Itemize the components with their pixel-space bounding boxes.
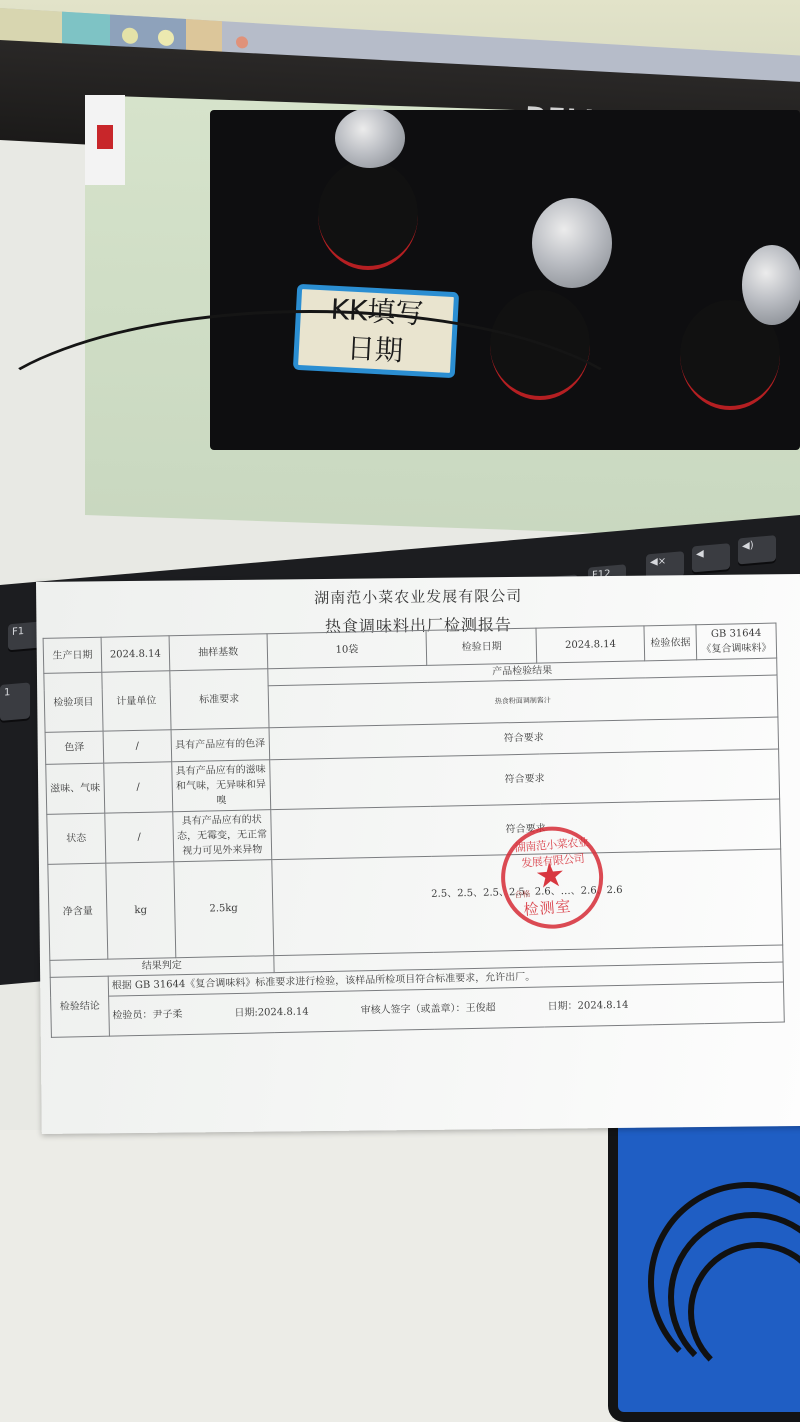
standard-cell: 具有产品应有的状态，无霉变，无正常视力可见外来异物 xyxy=(173,810,272,862)
inspector: 检验员：尹子柔 xyxy=(112,1007,182,1023)
key-1: 1 xyxy=(0,682,30,721)
seal-center-text: 检测室 xyxy=(523,895,573,920)
mousepad xyxy=(608,1112,800,1422)
stamp-handle xyxy=(532,198,612,288)
production-date: 2024.8.14 xyxy=(101,636,170,672)
company-name: 湖南范小菜农业发展有限公司 xyxy=(36,582,800,611)
unit-cell: kg xyxy=(106,862,176,959)
reviewer: 审核人签字（或盖章）：王俊超 xyxy=(360,1001,495,1019)
item-cell: 净含量 xyxy=(48,863,108,960)
key-volume-down: ◀ xyxy=(692,543,730,572)
item-cell: 色泽 xyxy=(45,731,104,764)
unit-cell: / xyxy=(103,730,172,763)
inspection-date: 2024.8.14 xyxy=(536,626,645,663)
production-date-label: 生产日期 xyxy=(43,637,102,673)
col-unit: 计量单位 xyxy=(102,671,171,731)
standard-cell: 2.5kg xyxy=(174,860,274,958)
key-volume-up: ◀) xyxy=(738,535,776,564)
report-table: 生产日期 2024.8.14 抽样基数 10袋 检验日期 2024.8.14 检… xyxy=(43,623,785,1038)
star-icon: ★ xyxy=(534,858,567,894)
stamp-handle xyxy=(335,108,405,168)
ink-pad-box xyxy=(85,95,125,185)
stamp xyxy=(318,160,418,270)
inspection-date-label: 检验日期 xyxy=(426,628,537,665)
item-cell: 状态 xyxy=(47,813,106,864)
taskbar-icon xyxy=(122,27,138,44)
basis: GB 31644 《复合调味料》 xyxy=(696,623,777,660)
sample-count-label: 抽样基数 xyxy=(169,634,268,671)
signature-line: 检验员：尹子柔 日期:2024.8.14 审核人签字（或盖章）：王俊超 日期：2… xyxy=(112,995,780,1024)
reviewer-date: 日期：2024.8.14 xyxy=(547,998,628,1015)
taskbar-icon xyxy=(158,29,174,46)
inspector-date: 日期:2024.8.14 xyxy=(234,1004,309,1021)
sample-count: 10袋 xyxy=(267,630,427,668)
table-row: 净含量 kg 2.5kg 2.5、2.5、2.5、2.5、2.6、…、2.6、2… xyxy=(48,849,783,960)
standard-cell: 具有产品应有的色泽 xyxy=(171,728,270,762)
col-standard: 标准要求 xyxy=(170,669,269,730)
item-cell: 滋味、气味 xyxy=(46,763,105,814)
unit-cell: / xyxy=(104,762,173,813)
basis-label: 检验依据 xyxy=(644,625,697,661)
standard-cell: 具有产品应有的滋味和气味，无异味和异嗅 xyxy=(172,760,271,812)
taskbar-icon xyxy=(236,36,248,49)
unit-cell: / xyxy=(105,812,174,863)
stamp-handle xyxy=(742,245,800,325)
inspection-report: 湖南范小菜农业发展有限公司 热食调味料出厂检测报告 生产日期 2024.8.14… xyxy=(36,574,800,1134)
col-item: 检验项目 xyxy=(44,672,103,732)
conclusion-label: 检验结论 xyxy=(50,976,109,1037)
